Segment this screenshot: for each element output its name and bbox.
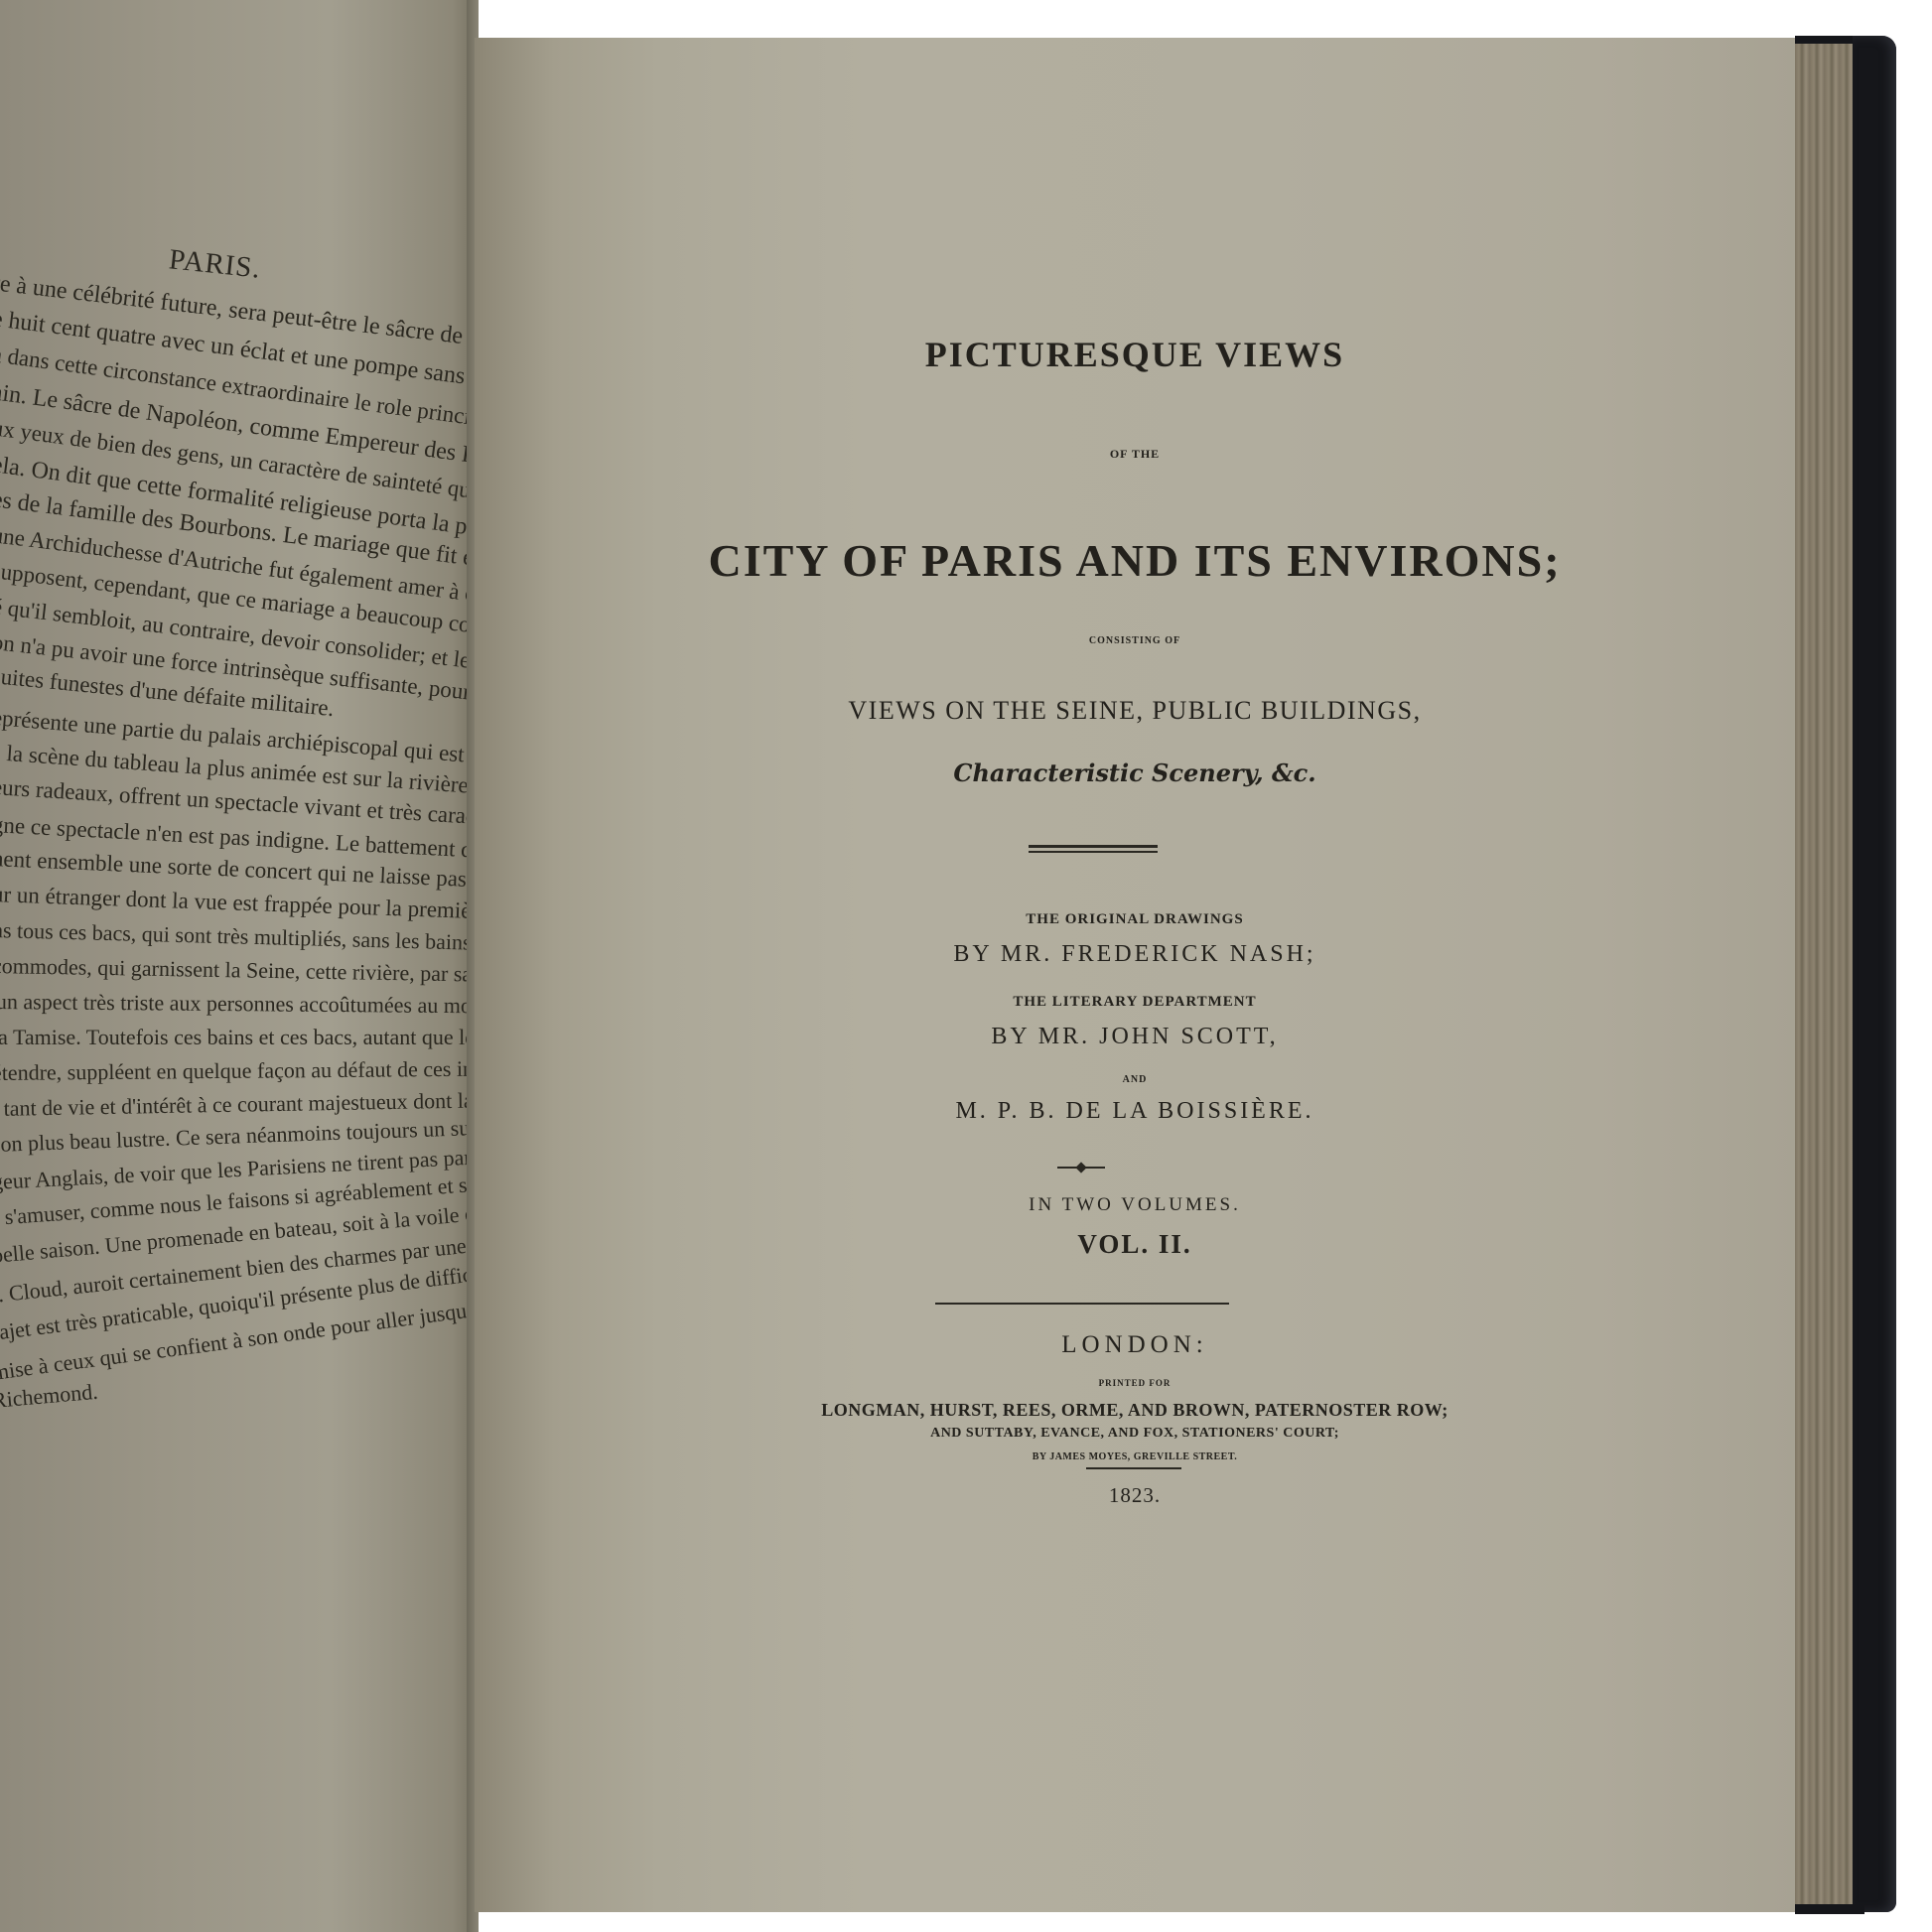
leather-cover	[1853, 36, 1896, 1912]
body-text-line: ns tous ces bacs, qui sont très multipli…	[0, 917, 471, 957]
short-rule-divider	[1086, 1467, 1181, 1469]
publisher-line-1: LONGMAN, HURST, REES, ORME, AND BROWN, P…	[475, 1400, 1795, 1421]
publication-year: 1823.	[475, 1483, 1795, 1508]
book-block: PICTURESQUE VIEWS OF THE CITY OF PARIS A…	[475, 38, 1896, 1912]
of-the-label: OF THE	[475, 447, 1795, 462]
title-page: PICTURESQUE VIEWS OF THE CITY OF PARIS A…	[475, 38, 1795, 1912]
body-text-line: étendre, suppléent en quelque façon au d…	[0, 1055, 471, 1086]
contents-line: VIEWS ON THE SEINE, PUBLIC BUILDINGS,	[475, 696, 1795, 726]
literary-label: THE LITERARY DEPARTMENT	[475, 994, 1795, 1011]
body-text-line: Richemond.	[0, 1379, 99, 1414]
and-label: AND	[475, 1074, 1795, 1085]
author-credit: BY MR. JOHN SCOTT,	[475, 1024, 1795, 1050]
blackletter-line: Characteristic Scenery, &c.	[475, 759, 1795, 787]
volumes-note: IN TWO VOLUMES.	[475, 1194, 1795, 1216]
left-page-body-text: re à une célébrité future, sera peut-êtr…	[0, 0, 471, 1932]
illustrator-credit: BY MR. FREDERICK NASH;	[475, 941, 1795, 968]
coauthor-credit: M. P. B. DE LA BOISSIÈRE.	[475, 1098, 1795, 1125]
publisher-line-2: AND SUTTABY, EVANCE, AND FOX, STATIONERS…	[475, 1426, 1795, 1442]
printer-line: BY JAMES MOYES, GREVILLE STREET.	[475, 1451, 1795, 1462]
title-line-1: PICTURESQUE VIEWS	[475, 334, 1795, 375]
cover-bottom-edge	[1795, 1904, 1864, 1914]
title-line-2: CITY OF PARIS AND ITS ENVIRONS;	[475, 534, 1795, 587]
printed-for-label: PRINTED FOR	[475, 1378, 1795, 1388]
page-fore-edge	[1795, 44, 1855, 1906]
body-text-line: 'un aspect très triste aux personnes acc…	[0, 989, 471, 1020]
long-rule-divider	[935, 1303, 1229, 1305]
volume-number: VOL. II.	[475, 1229, 1795, 1260]
drawings-label: THE ORIGINAL DRAWINGS	[475, 911, 1795, 928]
imprint-city: LONDON:	[475, 1331, 1795, 1359]
body-text-line: commodes, qui garnissent la Seine, cette…	[0, 953, 471, 989]
double-rule-divider	[1029, 845, 1158, 853]
consisting-of-label: CONSISTING OF	[475, 635, 1795, 646]
title-page-content: PICTURESQUE VIEWS OF THE CITY OF PARIS A…	[475, 38, 1795, 1912]
left-page: PARIS. re à une célébrité future, sera p…	[0, 0, 471, 1932]
body-text-line: la Tamise. Toutefois ces bains et ces ba…	[0, 1025, 471, 1050]
diamond-ornament-icon	[1057, 1163, 1105, 1173]
